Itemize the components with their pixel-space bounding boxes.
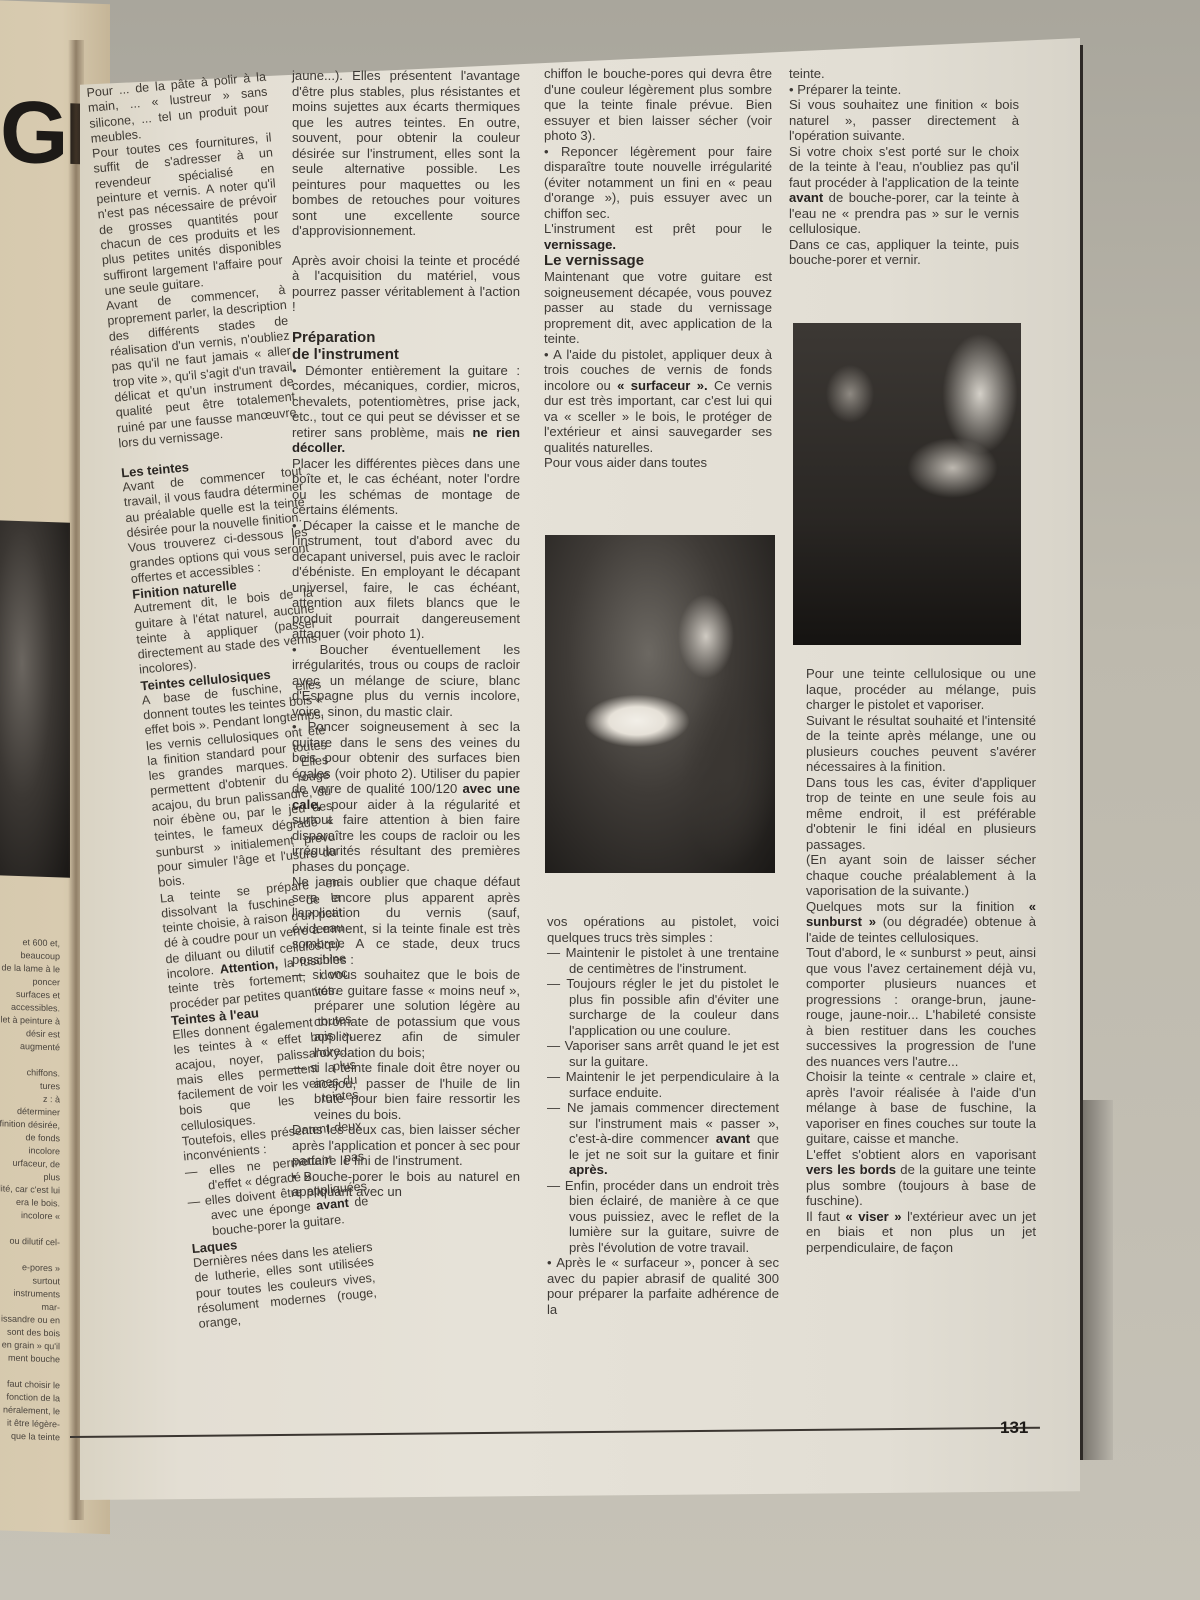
bold-text: avant — [716, 1131, 750, 1146]
bullet-paragraph: A l'aide du pistolet, appliquer deux à t… — [544, 347, 772, 456]
photo-luthier-workbench — [793, 323, 1021, 645]
paragraph: Ne jamais oublier que chaque défaut sera… — [292, 874, 520, 967]
paragraph: L'instrument est prêt pour le vernissage… — [544, 221, 772, 252]
left-page-text: et 600 et, beaucoup de la lame à le ponc… — [0, 935, 60, 1444]
section-heading-preparation: Préparation — [292, 329, 520, 346]
paragraph: Si vous souhaitez une finition « bois na… — [789, 97, 1019, 144]
paragraph: Après avoir choisi la teinte et procédé … — [292, 253, 520, 315]
article-column-4-top: teinte. Préparer la teinte. Si vous souh… — [789, 66, 1019, 268]
dash-list-item: Maintenir le pistolet à une trentaine de… — [547, 945, 779, 976]
dash-list-item: si vous souhaitez que le bois de votre g… — [292, 967, 520, 1060]
paragraph: Placer les différentes pièces dans une b… — [292, 456, 520, 518]
page-number: 131 — [1000, 1418, 1028, 1438]
paragraph: Il faut « viser » l'extérieur avec un je… — [806, 1209, 1036, 1256]
dash-list-item: si la teinte finale doit être noyer ou a… — [292, 1060, 520, 1122]
paragraph: teinte. — [789, 66, 1019, 82]
bullet-paragraph: Bouche-porer le bois au naturel en appli… — [292, 1169, 520, 1200]
paragraph: Pour toutes ces fournitures, il suffit d… — [92, 131, 285, 300]
bold-text: vernissage. — [544, 237, 616, 252]
dash-list-item: Maintenir le jet perpendiculaire à la su… — [547, 1069, 779, 1100]
bold-text: « viser » — [845, 1209, 901, 1224]
dash-list-item: Vaporiser sans arrêt quand le jet est su… — [547, 1038, 779, 1069]
paragraph: Dernières nées dans les ateliers de luth… — [193, 1240, 379, 1332]
paragraph: Avant de commencer, à proprement parler,… — [105, 283, 298, 452]
bold-text: avant — [789, 190, 823, 205]
bullet-paragraph: Poncer soigneusement à sec la guitare da… — [292, 719, 520, 874]
text: L'effet s'obtient alors en vaporisant — [806, 1147, 1036, 1162]
paragraph: Pour une teinte cellulosique ou une laqu… — [806, 666, 1036, 713]
photo-spray-painting — [545, 535, 775, 873]
paragraph: Maintenant que votre guitare est soigneu… — [544, 269, 772, 347]
paragraph: L'effet s'obtient alors en vaporisant ve… — [806, 1147, 1036, 1209]
text: de bouche-porer, car la teinte à l'eau n… — [789, 190, 1019, 236]
paragraph: Choisir la teinte « centrale » claire et… — [806, 1069, 1036, 1147]
paragraph: vos opérations au pistolet, voici quelqu… — [547, 914, 779, 945]
paragraph: (En ayant soin de laisser sécher chaque … — [806, 852, 1036, 899]
page-edge-under — [1083, 1100, 1113, 1460]
paragraph: Quelques mots sur la finition « sunburst… — [806, 899, 1036, 946]
bullet-paragraph: Préparer la teinte. — [789, 82, 1019, 98]
dash-list-item: Enfin, procéder dans un endroit très bie… — [547, 1178, 779, 1256]
paragraph: Dans les deux cas, bien laisser sécher a… — [292, 1122, 520, 1169]
article-column-2: jaune...). Elles présentent l'avantage d… — [292, 68, 520, 1200]
bullet-paragraph: Reponcer légèrement pour faire disparaît… — [544, 144, 772, 222]
paragraph: Tout d'abord, le « sunburst » peut, ains… — [806, 945, 1036, 1069]
article-column-3-top: chiffon le bouche-pores qui devra être d… — [544, 66, 772, 471]
left-page-photo — [0, 520, 70, 878]
bold-text: après. — [569, 1162, 608, 1177]
bold-text: vers les bords — [806, 1162, 896, 1177]
paragraph: Suivant le résultat souhaité et l'intens… — [806, 713, 1036, 775]
text: L'instrument est prêt pour le — [544, 221, 772, 236]
section-heading-preparation-line2: de l'instrument — [292, 346, 520, 363]
dash-list-item: Toujours régler le jet du pistolet le pl… — [547, 976, 779, 1038]
text: Si votre choix s'est porté sur le choix … — [789, 144, 1019, 190]
bullet-paragraph: Décaper la caisse et le manche de l'inst… — [292, 518, 520, 642]
text: Quelques mots sur la finition — [806, 899, 1029, 914]
text: Il faut — [806, 1209, 845, 1224]
bullet-paragraph: Boucher éventuellement les irrégularités… — [292, 642, 520, 720]
paragraph: Dans tous les cas, éviter d'appliquer tr… — [806, 775, 1036, 853]
bold-text: « surfaceur ». — [617, 378, 708, 393]
bullet-paragraph: Après le « surfaceur », poncer à sec ave… — [547, 1255, 779, 1317]
paragraph: Dans ce cas, appliquer la teinte, puis b… — [789, 237, 1019, 268]
paragraph: Si votre choix s'est porté sur le choix … — [789, 144, 1019, 237]
article-column-3-bottom: vos opérations au pistolet, voici quelqu… — [547, 914, 779, 1317]
article-column-4-bottom: Pour une teinte cellulosique ou une laqu… — [806, 666, 1036, 1255]
paragraph: jaune...). Elles présentent l'avantage d… — [292, 68, 520, 239]
bullet-paragraph: Démonter entièrement la guitare : cordes… — [292, 363, 520, 456]
paragraph: Pour vous aider dans toutes — [544, 455, 772, 471]
dash-list-item: Ne jamais commencer directement sur l'in… — [547, 1100, 779, 1178]
paragraph: chiffon le bouche-pores qui devra être d… — [544, 66, 772, 144]
section-heading-vernissage: Le vernissage — [544, 252, 772, 269]
text: pour aider à la régularité et surtout fa… — [292, 797, 520, 874]
